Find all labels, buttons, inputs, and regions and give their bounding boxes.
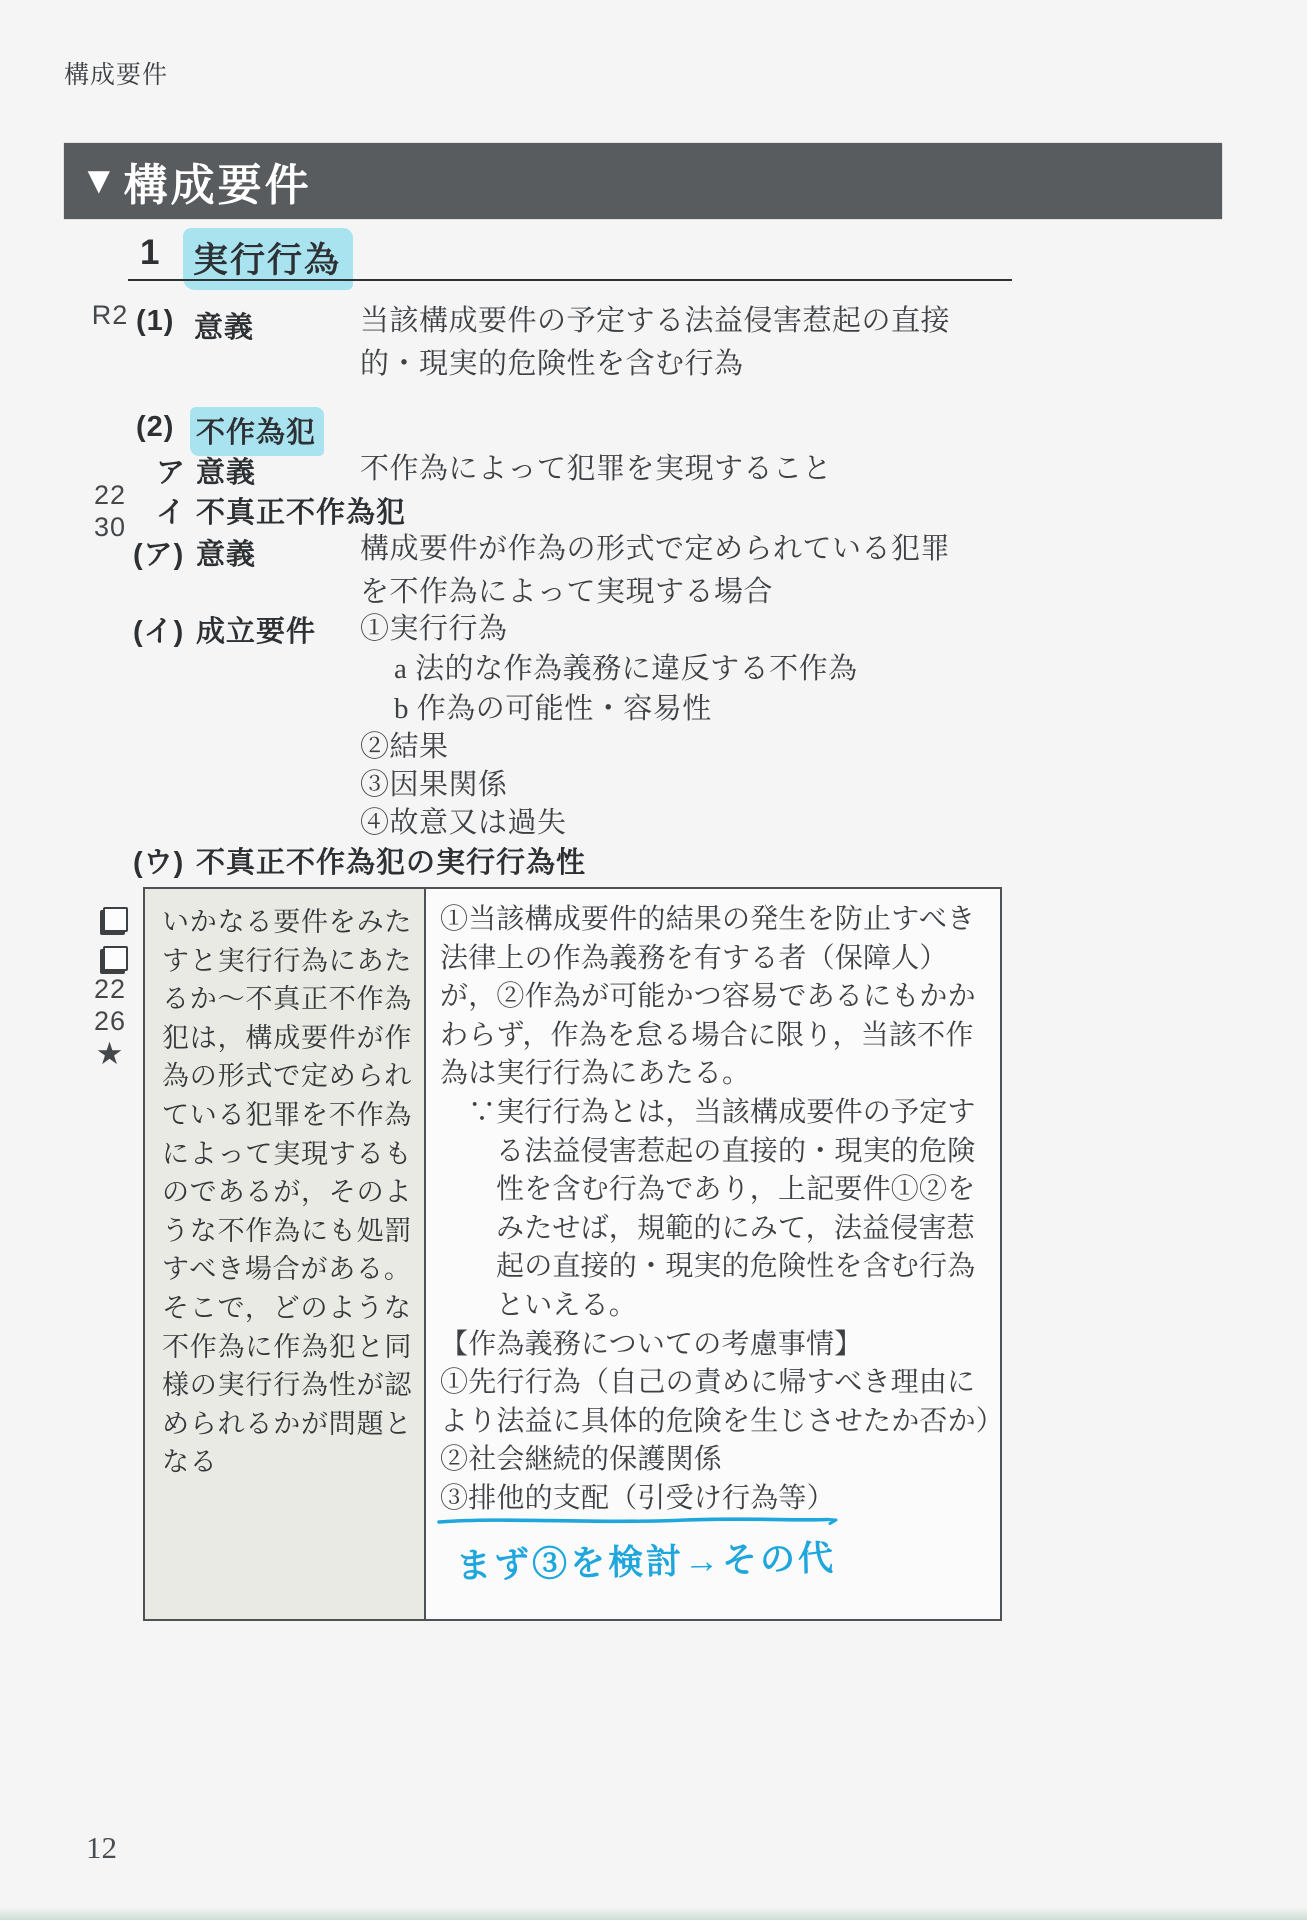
consideration-item: ①先行行為（自己の責めに帰すべき理由により法益に具体的危険を生じさせたか否か） (440, 1364, 1000, 1441)
outline-title: 不真正不作為犯 (196, 490, 406, 531)
definition-text: 不作為によって犯罪を実現すること (360, 448, 832, 491)
outline-label: (イ) (133, 609, 184, 650)
running-header: 構成要件 (64, 55, 168, 91)
bracket-heading: 【作為義務についての考慮事情】 (440, 1326, 1000, 1365)
margin-note-r2: R2 (86, 300, 134, 331)
requirement-subitem: a 法的な作為義務に違反する不作為 (394, 646, 858, 687)
answer-paragraph: ①当該構成要件的結果の発生を防止すべき法律上の作為義務を有する者（保障人）が，②… (440, 901, 1000, 1094)
consideration-item-underlined: ③排他的支配（引受け行為等） (440, 1480, 835, 1519)
checkbox-icon (103, 946, 128, 971)
requirement-item: ④故意又は過失 (360, 800, 567, 841)
handwritten-note: まず③を検討→その代 (456, 1527, 1001, 1588)
outline-label: イ (156, 490, 186, 531)
hand-drawn-underline (436, 1513, 841, 1529)
discussion-table: いかなる要件をみたすと実行行為にあたるか～不真正不作為犯は，構成要件が作為の形式… (143, 887, 1002, 1621)
star-icon: ★ (86, 1036, 134, 1072)
section-banner: ▼ 構成要件 (64, 143, 1222, 219)
requirement-item: ②結果 (360, 724, 449, 765)
heading-underline (128, 279, 1012, 281)
margin-note-22: 22 (86, 480, 134, 511)
heading-number: 1 (140, 233, 159, 273)
banner-title: 構成要件 (124, 149, 312, 213)
margin-note-22: 22 (86, 974, 134, 1005)
outline-title-highlighted: 不作為犯 (190, 407, 324, 456)
checkbox-icon (103, 907, 128, 932)
scan-edge-artifact (0, 1907, 1307, 1920)
requirement-item: ③因果関係 (360, 762, 508, 803)
definition-text: 当該構成要件の予定する法益侵害惹起の直接的・現実的危険性を含む行為 (360, 300, 1000, 386)
outline-label: (1) (136, 305, 174, 338)
outline-title: 成立要件 (196, 609, 316, 650)
triangle-marker-icon: ▼ (80, 162, 118, 200)
outline-title: 不真正不作為犯の実行行為性 (196, 840, 586, 881)
outline-label: (2) (136, 411, 174, 444)
outline-label: (ア) (133, 532, 184, 573)
page-number: 12 (86, 1830, 117, 1866)
definition-text: 構成要件が作為の形式で定められている犯罪を不作為によって実現する場合 (360, 528, 972, 614)
outline-title: 意義 (194, 305, 254, 346)
table-answer-cell: ①当該構成要件的結果の発生を防止すべき法律上の作為義務を有する者（保障人）が，②… (426, 889, 1008, 1619)
consideration-item: ②社会継続的保護関係 (440, 1441, 1000, 1480)
outline-label: ア (156, 450, 186, 491)
margin-note-30: 30 (86, 512, 134, 543)
reason-paragraph: ∵実行行為とは，当該構成要件の予定する法益侵害惹起の直接的・現実的危険性を含む行… (440, 1094, 996, 1326)
outline-title: 意義 (196, 450, 256, 491)
outline-label: (ウ) (133, 840, 184, 881)
requirement-item: ①実行行為 (360, 606, 508, 647)
outline-title: 意義 (196, 532, 256, 573)
requirement-subitem: b 作為の可能性・容易性 (394, 686, 712, 727)
issue-text: いかなる要件をみたすと実行行為にあたるか～不真正不作為犯は，構成要件が作為の形式… (162, 903, 414, 1482)
margin-note-26: 26 (86, 1006, 134, 1037)
table-issue-cell: いかなる要件をみたすと実行行為にあたるか～不真正不作為犯は，構成要件が作為の形式… (145, 889, 426, 1619)
